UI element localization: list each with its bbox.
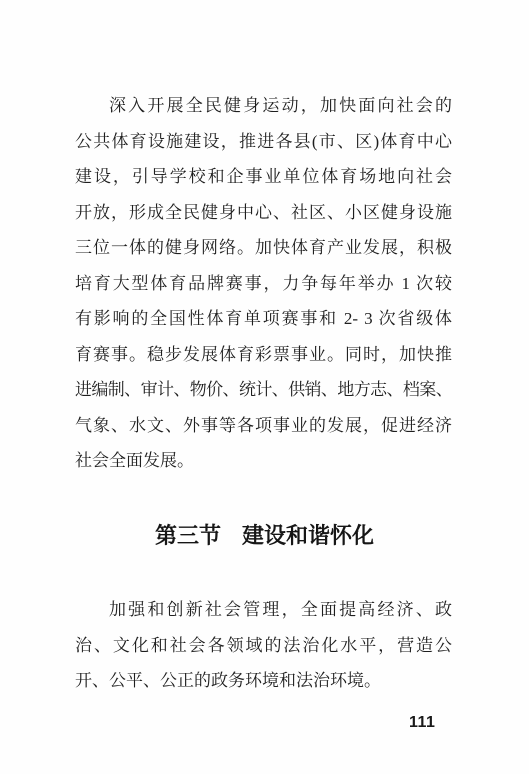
text-line: 公共体育设施建设，推进各县(市、区)体育中心	[75, 124, 452, 160]
document-page: 深入开展全民健身运动，加快面向社会的 公共体育设施建设，推进各县(市、区)体育中…	[0, 0, 529, 774]
text-line: 治、文化和社会各领域的法治化水平，营造公	[75, 628, 452, 664]
text-line: 开放，形成全民健身中心、社区、小区健身设施	[75, 195, 452, 231]
section-title: 建设和谐怀化	[242, 521, 374, 551]
text-line: 培育大型体育品牌赛事，力争每年举办 1 次较	[75, 266, 452, 302]
section-heading: 第三节 建设和谐怀化	[0, 521, 529, 551]
text-line: 加强和创新社会管理，全面提高经济、政	[75, 592, 452, 628]
text-line: 育赛事。稳步发展体育彩票事业。同时，加快推	[75, 337, 452, 373]
text-line: 进编制、审计、物价、统计、供销、地方志、档案、	[75, 372, 452, 408]
paragraph-social-management: 加强和创新社会管理，全面提高经济、政 治、文化和社会各领域的法治化水平，营造公 …	[75, 592, 452, 699]
page-number: 111	[409, 714, 435, 732]
section-label: 第三节	[155, 521, 221, 551]
paragraph-sports-development: 深入开展全民健身运动，加快面向社会的 公共体育设施建设，推进各县(市、区)体育中…	[75, 88, 452, 479]
text-line: 三位一体的健身网络。加快体育产业发展，积极	[75, 230, 452, 266]
text-line: 深入开展全民健身运动，加快面向社会的	[75, 88, 452, 124]
text-line: 社会全面发展。	[75, 443, 452, 479]
text-line: 建设，引导学校和企事业单位体育场地向社会	[75, 159, 452, 195]
text-line: 气象、水文、外事等各项事业的发展，促进经济	[75, 408, 452, 444]
text-line: 有影响的全国性体育单项赛事和 2- 3 次省级体	[75, 301, 452, 337]
text-line: 开、公平、公正的政务环境和法治环境。	[75, 663, 452, 699]
